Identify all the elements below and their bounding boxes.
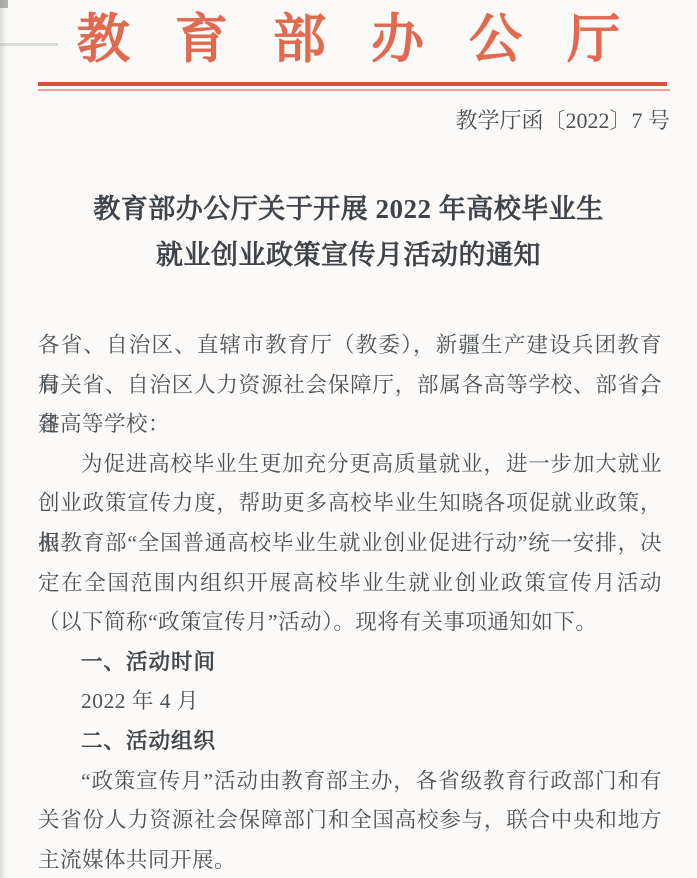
scanned-document-page: 教育部办公厅 教学厅函〔2022〕7 号 教育部办公厅关于开展 2022 年高校… xyxy=(0,0,697,878)
section-heading-1: 一、活动时间 xyxy=(38,643,662,683)
body-line: 据教育部“全国普通高校毕业生就业创业促进行动”统一安排，决 xyxy=(38,524,662,564)
document-title-line1: 教育部办公厅关于开展 2022 年高校毕业生 xyxy=(0,186,697,232)
body-line: 关省份人力资源社会保障部门和全国高校参与，联合中央和地方 xyxy=(38,801,662,841)
body-line: “政策宣传月”活动由教育部主办，各省级教育行政部门和有 xyxy=(38,762,662,802)
document-body: 各省、自治区、直辖市教育厅（教委），新疆生产建设兵团教育局， 有关省、自治区人力… xyxy=(38,326,662,878)
section-heading-2: 二、活动组织 xyxy=(38,722,662,762)
body-line: （以下简称“政策宣传月”活动）。现将有关事项通知如下。 xyxy=(38,603,662,643)
activity-date: 2022 年 4 月 xyxy=(38,682,662,722)
body-line: 各省、自治区、直辖市教育厅（教委），新疆生产建设兵团教育局， xyxy=(38,326,662,366)
document-title-line2: 就业创业政策宣传月活动的通知 xyxy=(0,232,697,278)
body-line: 定在全国范围内组织开展高校毕业生就业创业政策宣传月活动 xyxy=(38,564,662,604)
body-line: 创业政策宣传力度，帮助更多高校毕业生知晓各项促就业政策，根 xyxy=(38,484,662,524)
letterhead-divider xyxy=(38,82,667,91)
divider-thin-line xyxy=(38,89,670,91)
body-line: 为促进高校毕业生更加充分更高质量就业，进一步加大就业 xyxy=(38,445,662,485)
document-number: 教学厅函〔2022〕7 号 xyxy=(0,104,670,138)
letterhead-org-title: 教育部办公厅 xyxy=(0,10,697,70)
scan-corner-speck xyxy=(0,0,8,8)
body-line: 各高等学校： xyxy=(38,405,662,445)
body-line: 主流媒体共同开展。 xyxy=(38,841,662,878)
body-line: 有关省、自治区人力资源社会保障厅，部属各高等学校、部省合建 xyxy=(38,366,662,406)
document-title: 教育部办公厅关于开展 2022 年高校毕业生 就业创业政策宣传月活动的通知 xyxy=(0,186,697,278)
